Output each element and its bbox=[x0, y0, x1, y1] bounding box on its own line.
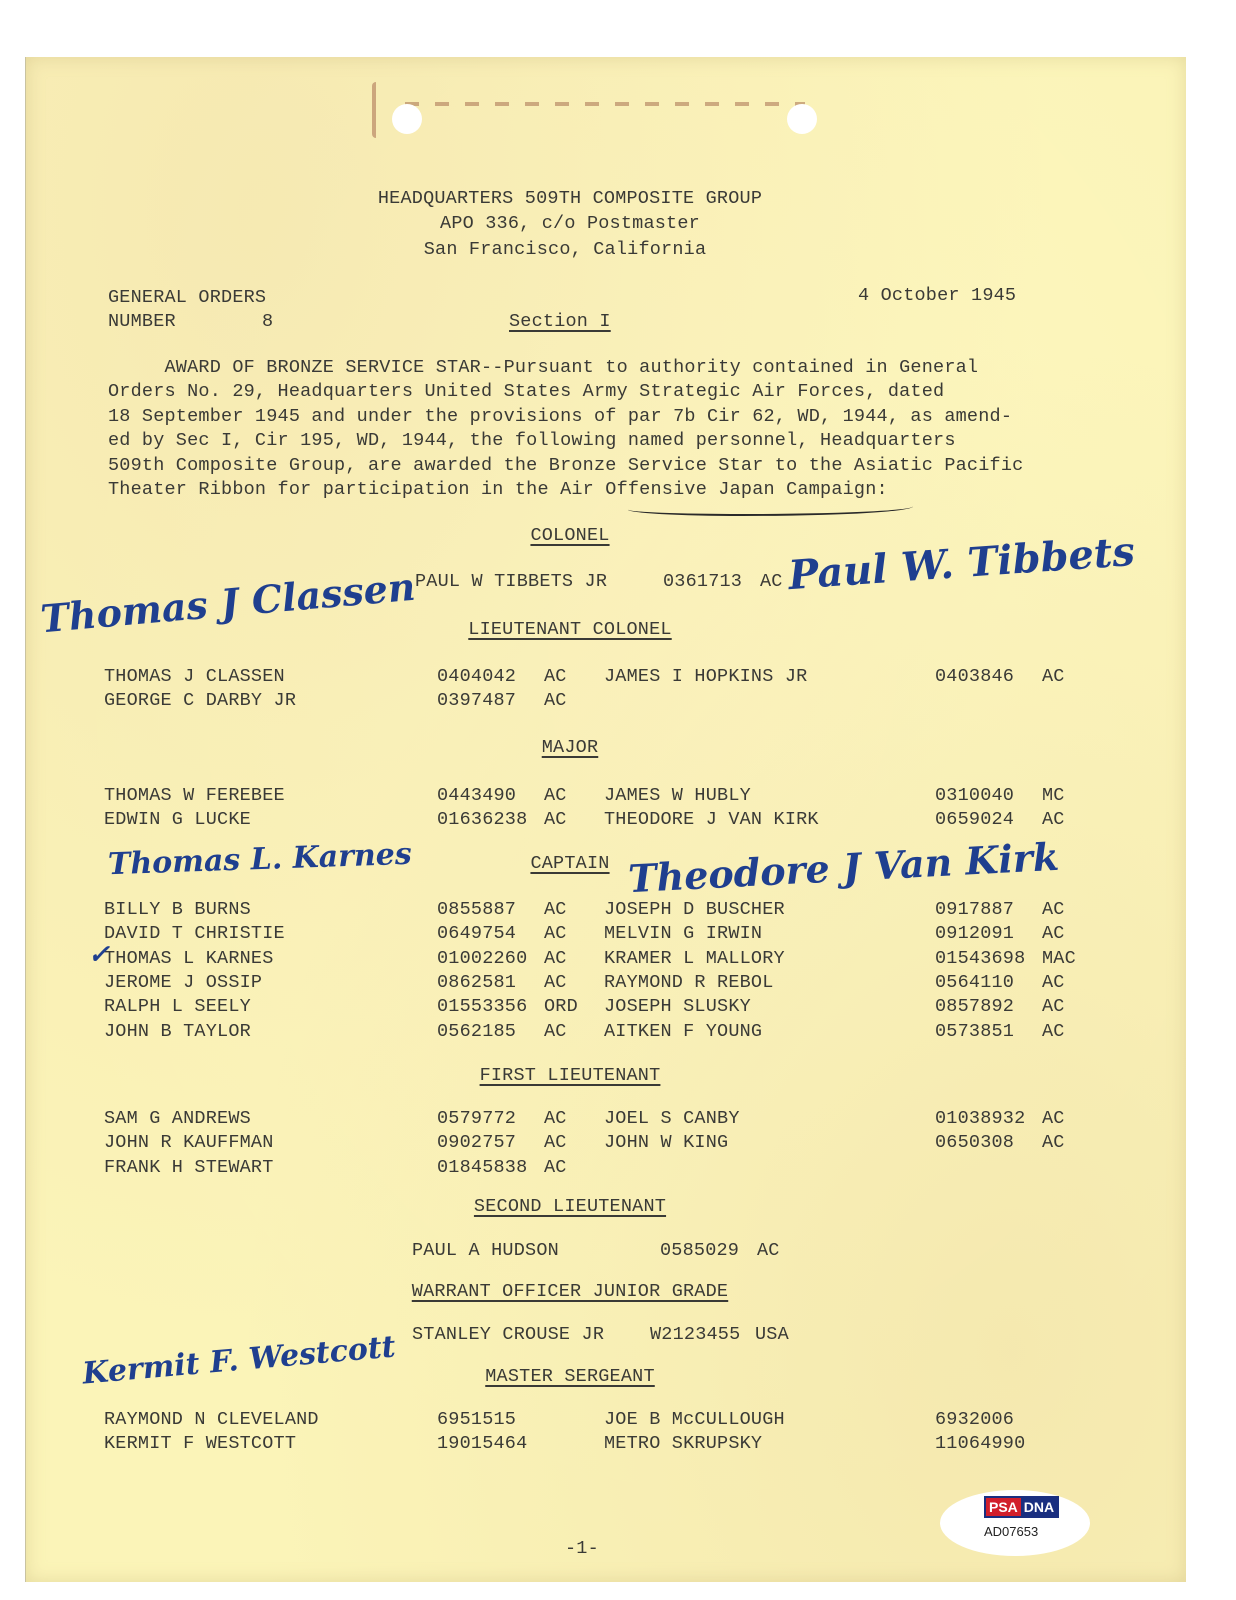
serial-number: 11064990 bbox=[935, 1432, 1025, 1456]
serial-number: 01553356 bbox=[437, 995, 527, 1019]
person-name: RAYMOND R REBOL bbox=[604, 971, 774, 995]
serial-number: 19015464 bbox=[437, 1432, 527, 1456]
person-name: GEORGE C DARBY JR bbox=[104, 689, 296, 713]
person-name: DAVID T CHRISTIE bbox=[104, 922, 285, 946]
rank-heading-second-lt: SECOND LIEUTENANT bbox=[0, 1195, 1140, 1219]
serial-number: 0862581 bbox=[437, 971, 516, 995]
person-name: FRANK H STEWART bbox=[104, 1156, 274, 1180]
serial-number: 0573851 bbox=[935, 1020, 1014, 1044]
branch-code: AC bbox=[1042, 1131, 1065, 1155]
punch-hole-left bbox=[392, 104, 422, 134]
branch-code: AC bbox=[544, 1020, 567, 1044]
section-title: Section I bbox=[509, 310, 611, 334]
person-name: PAUL A HUDSON bbox=[412, 1239, 559, 1263]
order-date: 4 October 1945 bbox=[858, 284, 1016, 308]
serial-number: 0443490 bbox=[437, 784, 516, 808]
branch-code: AC bbox=[760, 570, 783, 594]
branch-code: AC bbox=[757, 1239, 780, 1263]
branch-code: MAC bbox=[1042, 947, 1076, 971]
branch-code: AC bbox=[544, 1107, 567, 1131]
person-name: METRO SKRUPSKY bbox=[604, 1432, 762, 1456]
branch-code: AC bbox=[1042, 922, 1065, 946]
serial-number: 0649754 bbox=[437, 922, 516, 946]
person-name: JOEL S CANBY bbox=[604, 1107, 740, 1131]
person-name: JAMES W HUBLY bbox=[604, 784, 751, 808]
person-name: RAYMOND N CLEVELAND bbox=[104, 1408, 319, 1432]
branch-code: AC bbox=[544, 665, 567, 689]
body-line: 509th Composite Group, are awarded the B… bbox=[108, 454, 1023, 478]
branch-code: AC bbox=[1042, 971, 1065, 995]
person-name: MELVIN G IRWIN bbox=[604, 922, 762, 946]
body-line: AWARD OF BRONZE SERVICE STAR--Pursuant t… bbox=[108, 356, 978, 380]
person-name: PAUL W TIBBETS JR bbox=[415, 570, 607, 594]
serial-number: 0917887 bbox=[935, 898, 1014, 922]
authentication-sticker: PSA DNA AD07653 bbox=[940, 1490, 1090, 1556]
body-line: Orders No. 29, Headquarters United State… bbox=[108, 380, 944, 404]
serial-number: 0855887 bbox=[437, 898, 516, 922]
serial-number: 0857892 bbox=[935, 995, 1014, 1019]
branch-code: AC bbox=[1042, 1107, 1065, 1131]
page-number: -1- bbox=[565, 1537, 599, 1561]
person-name: KERMIT F WESTCOTT bbox=[104, 1432, 296, 1456]
branch-code: AC bbox=[544, 689, 567, 713]
person-name: SAM G ANDREWS bbox=[104, 1107, 251, 1131]
person-name: EDWIN G LUCKE bbox=[104, 808, 251, 832]
branch-code: AC bbox=[1042, 665, 1065, 689]
rank-heading-first-lt: FIRST LIEUTENANT bbox=[0, 1064, 1140, 1088]
serial-number: 0659024 bbox=[935, 808, 1014, 832]
staple-stain bbox=[372, 82, 806, 138]
branch-code: AC bbox=[544, 898, 567, 922]
person-name: JOHN B TAYLOR bbox=[104, 1020, 251, 1044]
serial-number: 0404042 bbox=[437, 665, 516, 689]
branch-code: AC bbox=[544, 1156, 567, 1180]
person-name: JEROME J OSSIP bbox=[104, 971, 262, 995]
punch-hole-right bbox=[787, 104, 817, 134]
serial-number: 0403846 bbox=[935, 665, 1014, 689]
person-name: RALPH L SEELY bbox=[104, 995, 251, 1019]
serial-number: 0310040 bbox=[935, 784, 1014, 808]
branch-code: AC bbox=[1042, 808, 1065, 832]
check-mark: ✓ bbox=[88, 940, 110, 970]
person-name: JOE B McCULLOUGH bbox=[604, 1408, 785, 1432]
body-line: 18 September 1945 and under the provisio… bbox=[108, 405, 1012, 429]
branch-code: AC bbox=[544, 784, 567, 808]
branch-code: AC bbox=[544, 808, 567, 832]
serial-number: 0579772 bbox=[437, 1107, 516, 1131]
serial-number: 0562185 bbox=[437, 1020, 516, 1044]
serial-number: 0902757 bbox=[437, 1131, 516, 1155]
person-name: KRAMER L MALLORY bbox=[604, 947, 785, 971]
branch-code: AC bbox=[544, 947, 567, 971]
person-name: THOMAS W FEREBEE bbox=[104, 784, 285, 808]
person-name: THEODORE J VAN KIRK bbox=[604, 808, 819, 832]
header-line-1: HEADQUARTERS 509TH COMPOSITE GROUP bbox=[0, 187, 1140, 211]
person-name: JOHN W KING bbox=[604, 1131, 728, 1155]
person-name: JOSEPH SLUSKY bbox=[604, 995, 751, 1019]
number-label: NUMBER bbox=[108, 310, 176, 334]
person-name: JOHN R KAUFFMAN bbox=[104, 1131, 274, 1155]
serial-number: 01543698 bbox=[935, 947, 1025, 971]
branch-code: AC bbox=[544, 1131, 567, 1155]
branch-code: MC bbox=[1042, 784, 1065, 808]
person-name: AITKEN F YOUNG bbox=[604, 1020, 762, 1044]
serial-number: 01845838 bbox=[437, 1156, 527, 1180]
branch-code: USA bbox=[755, 1323, 789, 1347]
person-name: THOMAS L KARNES bbox=[104, 947, 274, 971]
branch-code: AC bbox=[544, 971, 567, 995]
order-number: 8 bbox=[262, 310, 273, 334]
branch-code: AC bbox=[1042, 1020, 1065, 1044]
serial-number: 0397487 bbox=[437, 689, 516, 713]
serial-number: 0585029 bbox=[660, 1239, 739, 1263]
serial-number: 0361713 bbox=[663, 570, 742, 594]
body-line: ed by Sec I, Cir 195, WD, 1944, the foll… bbox=[108, 429, 956, 453]
serial-number: 01002260 bbox=[437, 947, 527, 971]
serial-number: 0912091 bbox=[935, 922, 1014, 946]
general-orders-label: GENERAL ORDERS bbox=[108, 286, 266, 310]
person-name: THOMAS J CLASSEN bbox=[104, 665, 285, 689]
branch-code: AC bbox=[1042, 898, 1065, 922]
serial-number: 01038932 bbox=[935, 1107, 1025, 1131]
branch-code: AC bbox=[544, 922, 567, 946]
person-name: JOSEPH D BUSCHER bbox=[604, 898, 785, 922]
serial-number: 6932006 bbox=[935, 1408, 1014, 1432]
serial-number: 0564110 bbox=[935, 971, 1014, 995]
branch-code: AC bbox=[1042, 995, 1065, 1019]
branch-code: ORD bbox=[544, 995, 578, 1019]
rank-heading-wojg: WARRANT OFFICER JUNIOR GRADE bbox=[0, 1280, 1140, 1304]
rust-stain bbox=[405, 102, 805, 106]
serial-number: 01636238 bbox=[437, 808, 527, 832]
person-name: JAMES I HOPKINS JR bbox=[604, 665, 807, 689]
psa-dna-logo: PSA DNA bbox=[984, 1496, 1059, 1518]
serial-number: 6951515 bbox=[437, 1408, 516, 1432]
serial-number: 0650308 bbox=[935, 1131, 1014, 1155]
person-name: STANLEY CROUSE JR bbox=[412, 1323, 604, 1347]
rank-heading-major: MAJOR bbox=[0, 736, 1140, 760]
header-line-3: San Francisco, California bbox=[0, 238, 1130, 262]
body-line: Theater Ribbon for participation in the … bbox=[108, 478, 888, 502]
serial-number: W2123455 bbox=[650, 1323, 740, 1347]
authentication-code: AD07653 bbox=[984, 1524, 1038, 1539]
header-line-2: APO 336, c/o Postmaster bbox=[0, 212, 1140, 236]
person-name: BILLY B BURNS bbox=[104, 898, 251, 922]
